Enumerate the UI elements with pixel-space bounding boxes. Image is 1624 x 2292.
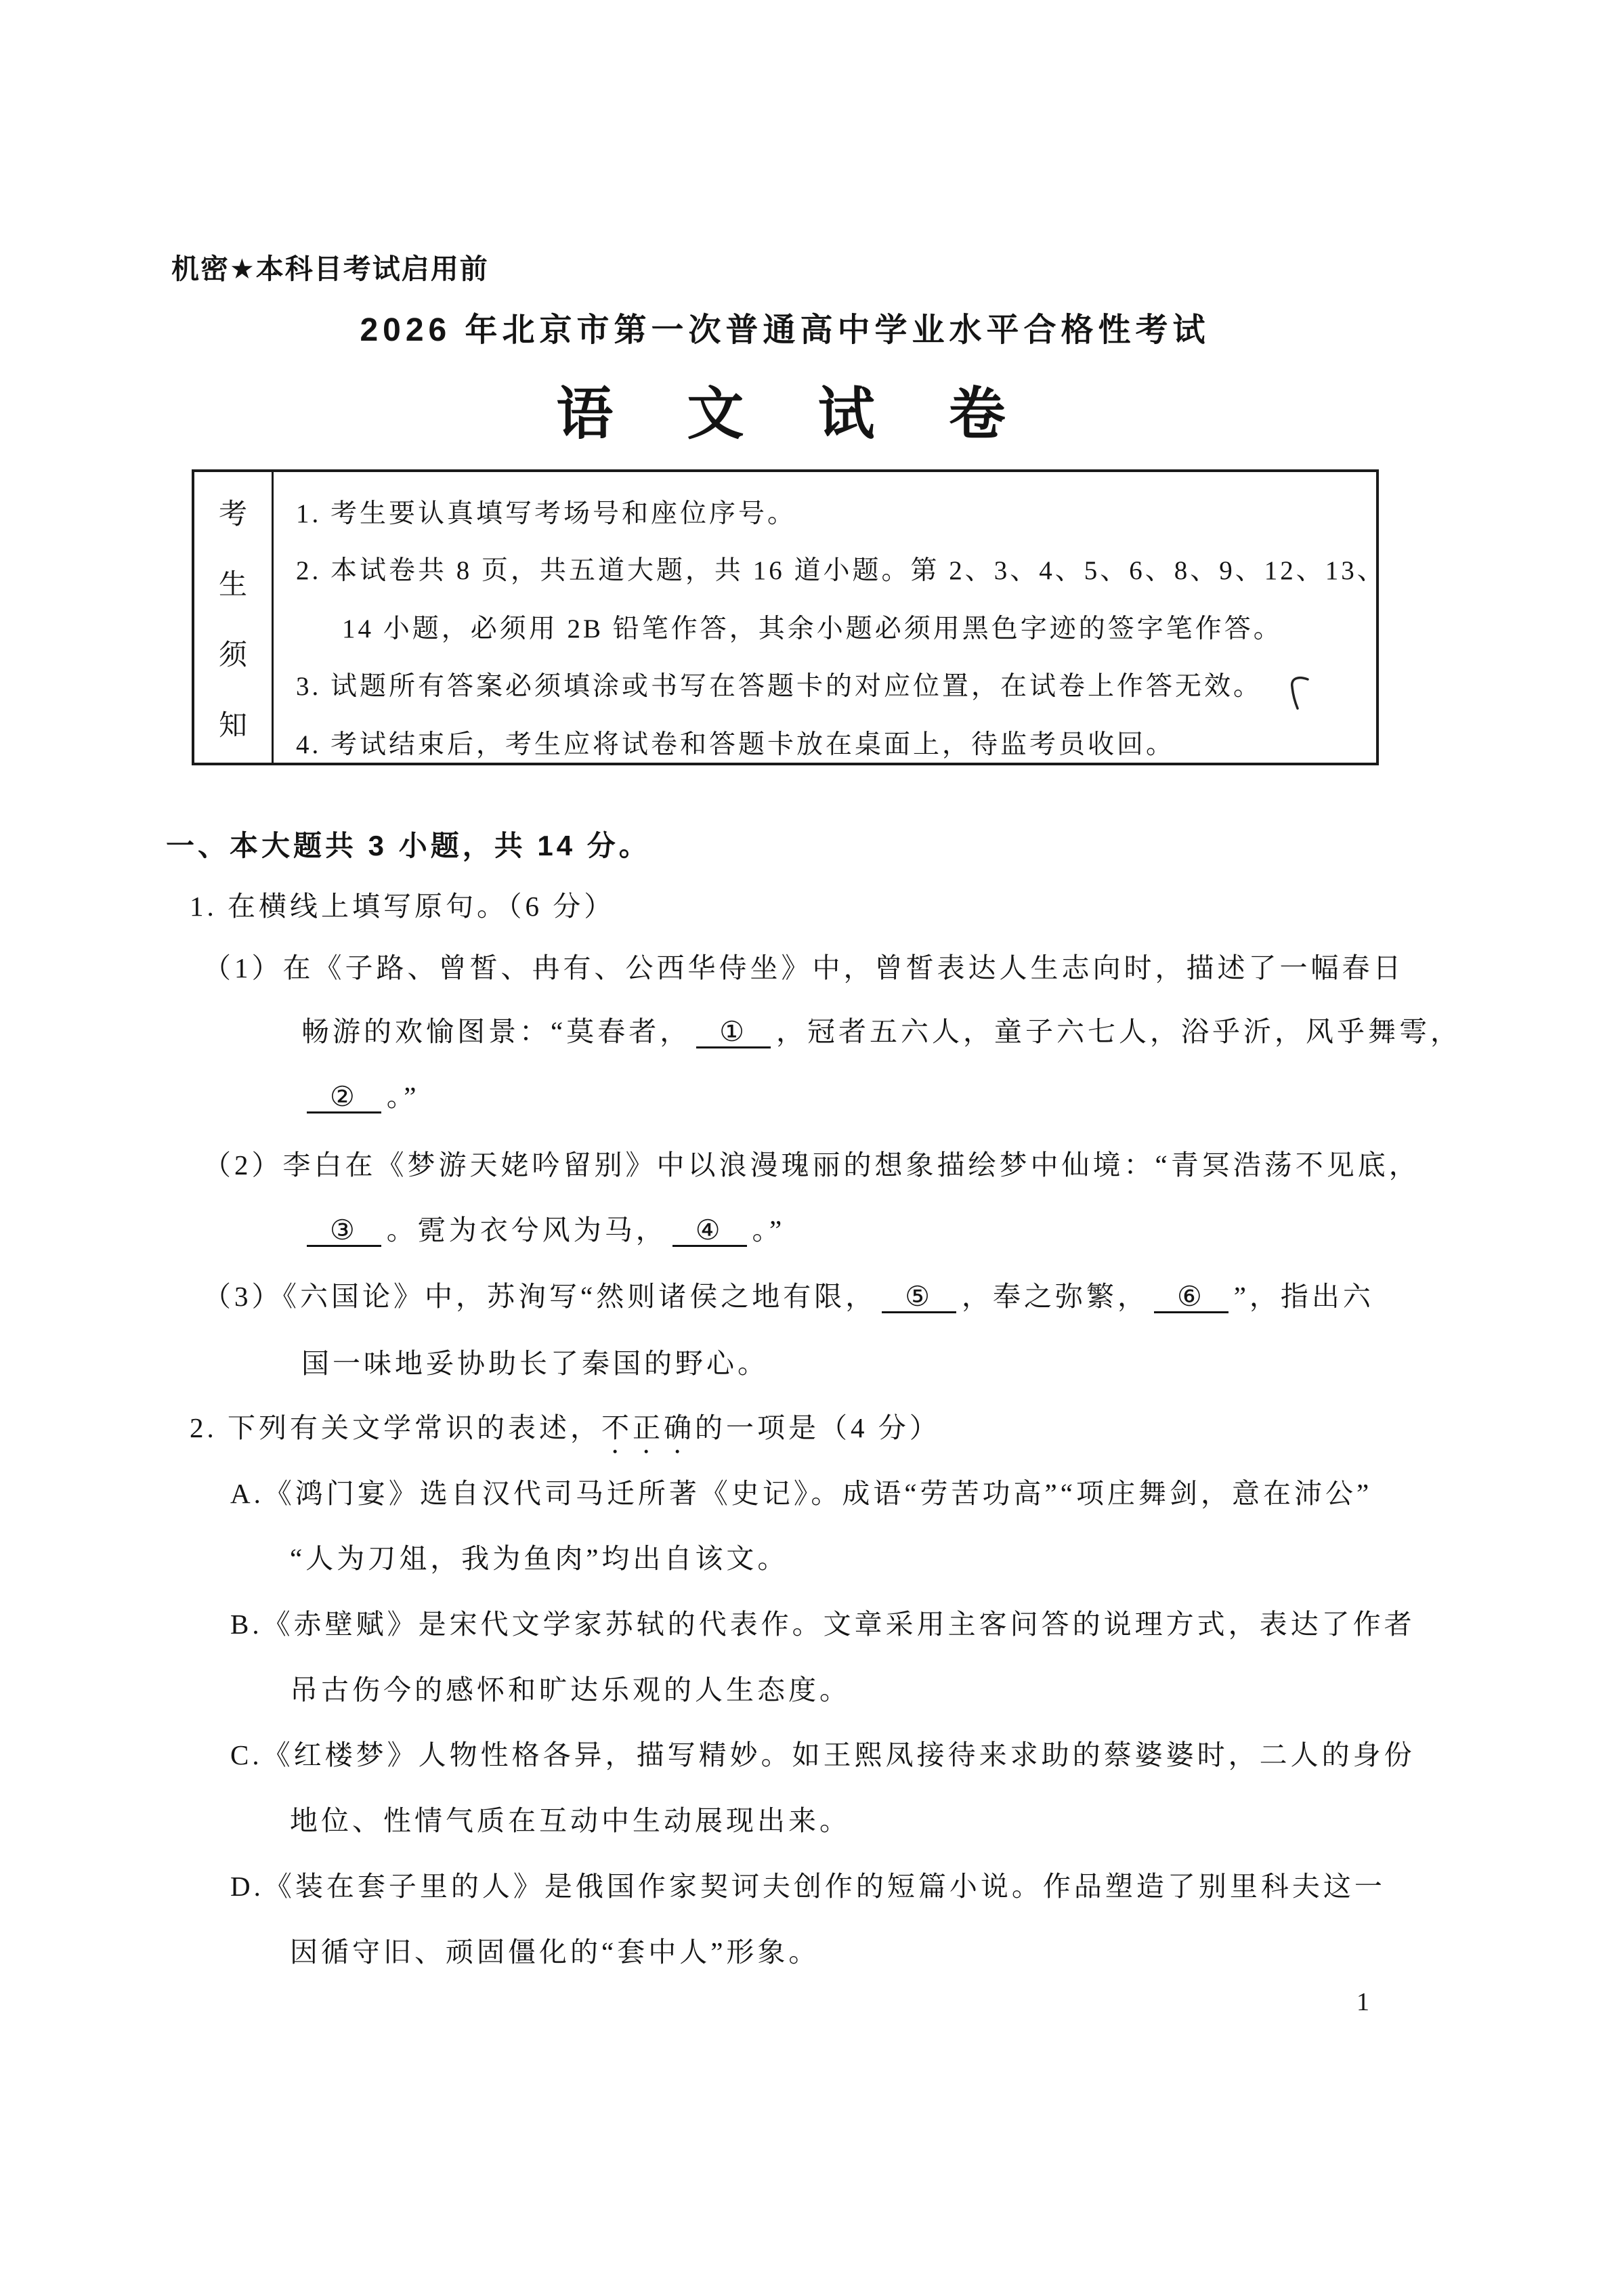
blank-underline-1: ① [696, 1017, 771, 1048]
circled-number-4: ④ [696, 1214, 724, 1246]
q1-part3-line2: 国一味地妥协助长了秦国的野心。 [301, 1346, 769, 1381]
notice-side-char: 生 [219, 562, 247, 603]
q2-stem-emphasis: 不正确 [601, 1412, 695, 1443]
circled-number-2: ② [330, 1081, 358, 1112]
blank-underline-5: ⑤ [882, 1282, 956, 1313]
q2-stem-post: 的一项是（4 分） [695, 1412, 941, 1443]
q1-part1-line3-post: 。” [387, 1081, 420, 1112]
q1-part1-line3: ②。” [301, 1080, 419, 1114]
paper-title-text: 语文试卷 [556, 383, 1080, 446]
option-d-label: D. [230, 1871, 264, 1902]
option-d-text-1: 《装在套子里的人》是俄国作家契诃夫创作的短篇小说。作品塑造了别里科夫这一 [264, 1871, 1386, 1902]
blank-underline-2: ② [307, 1082, 381, 1113]
circled-number-5: ⑤ [905, 1281, 933, 1312]
examinee-notice-box: 考 生 须 知 1. 考生要认真填写考场号和座位序号。 2. 本试卷共 8 页，… [192, 469, 1379, 765]
notice-item-3: 3. 试题所有答案必须填涂或书写在答题卡的对应位置，在试卷上作答无效。 [296, 665, 1262, 703]
notice-item-2-line-1: 2. 本试卷共 8 页，共五道大题，共 16 道小题。第 2、3、4、5、6、8… [296, 549, 1386, 587]
notice-side-char: 知 [219, 703, 247, 744]
option-c-text-1: 《红楼梦》人物性格各异，描写精妙。如王熙凤接待来求助的蔡婆婆时，二人的身份 [263, 1739, 1415, 1770]
section-one-heading: 一、本大题共 3 小题，共 14 分。 [166, 824, 651, 864]
blank-underline-3: ③ [307, 1216, 381, 1247]
q1-part3-line1: （3）《六国论》中，苏洵写“然则诸侯之地有限，⑤，奉之弥繁，⑥”，指出六 [203, 1279, 1374, 1314]
q2-stem-pre: 2. 下列有关文学常识的表述， [190, 1412, 601, 1443]
option-b-line-1: B.《赤壁赋》是宋代文学家苏轼的代表作。文章采用主客问答的说理方式，表达了作者 [230, 1607, 1415, 1642]
circled-number-1: ① [719, 1016, 748, 1047]
notice-item-4: 4. 考试结束后，考生应将试卷和答题卡放在桌面上，待监考员收回。 [296, 723, 1175, 761]
q1-part3-line1-post: ”，指出六 [1234, 1281, 1374, 1312]
option-c-label: C. [230, 1739, 263, 1770]
q1-part1-line1: （1）在《子路、曾皙、冉有、公西华侍坐》中，曾皙表达人生志向时，描述了一幅春日 [203, 951, 1405, 985]
option-c-line-2: 地位、性情气质在互动中生动展现出来。 [290, 1804, 851, 1838]
handwritten-mark [1285, 675, 1314, 711]
notice-item-2-line-2: 14 小题，必须用 2B 铅笔作答，其余小题必须用黑色字迹的签字笔作答。 [342, 608, 1283, 645]
q1-part2-line2: ③。霓为衣兮风为马，④。” [301, 1213, 785, 1248]
option-b-label: B. [230, 1609, 263, 1640]
notice-item-1: 1. 考生要认真填写考场号和座位序号。 [296, 492, 796, 530]
blank-underline-6: ⑥ [1154, 1282, 1228, 1313]
exam-title: 2026 年北京市第一次普通高中学业水平合格性考试 [0, 303, 1597, 350]
blank-underline-4: ④ [672, 1216, 747, 1247]
notice-side-char: 须 [219, 633, 247, 673]
q1-part1-line2: 畅游的欢愉图景：“莫春者，①，冠者五六人，童子六七人，浴乎沂，风乎舞雩， [301, 1015, 1461, 1049]
circled-number-3: ③ [330, 1214, 358, 1246]
option-d-line-2: 因循守旧、顽固僵化的“套中人”形象。 [290, 1935, 819, 1970]
notice-side-char: 考 [219, 492, 247, 532]
option-d-line-1: D.《装在套子里的人》是俄国作家契诃夫创作的短篇小说。作品塑造了别里科夫这一 [230, 1869, 1386, 1904]
classification-header: 机密★本科目考试启用前 [171, 247, 489, 286]
question-2-stem: 2. 下列有关文学常识的表述，不正确的一项是（4 分） [190, 1411, 941, 1460]
page-number: 1 [1356, 1987, 1369, 2017]
option-c-line-1: C.《红楼梦》人物性格各异，描写精妙。如王熙凤接待来求助的蔡婆婆时，二人的身份 [230, 1738, 1415, 1773]
q1-part3-line1-pre: （3）《六国论》中，苏洵写“然则诸侯之地有限， [203, 1281, 876, 1312]
circled-number-6: ⑥ [1177, 1281, 1205, 1312]
question-1-stem: 1. 在横线上填写原句。（6 分） [190, 889, 615, 924]
option-a-line-1: A.《鸿门宴》选自汉代司马迁所著《史记》。成语“劳苦功高”“项庄舞剑，意在沛公” [230, 1477, 1372, 1511]
exam-paper-page: { "document": { "classification_header":… [0, 0, 1624, 2292]
q1-part2-line2-mid: 。霓为衣兮风为马， [387, 1214, 667, 1246]
option-a-label: A. [230, 1478, 264, 1509]
q1-part2-line2-post: 。” [752, 1214, 786, 1246]
option-b-text-1: 《赤壁赋》是宋代文学家苏轼的代表作。文章采用主客问答的说理方式，表达了作者 [263, 1609, 1415, 1640]
option-a-line-2: “人为刀俎，我为鱼肉”均出自该文。 [290, 1542, 788, 1576]
q1-part3-line1-mid: ，奉之弥繁， [962, 1281, 1149, 1312]
notice-side-label: 考 生 须 知 [194, 472, 274, 763]
option-b-line-2: 吊古伤今的感怀和旷达乐观的人生态度。 [290, 1673, 851, 1707]
option-a-text-1: 《鸿门宴》选自汉代司马迁所著《史记》。成语“劳苦功高”“项庄舞剑，意在沛公” [264, 1478, 1372, 1509]
q1-part2-line1: （2）李白在《梦游天姥吟留别》中以浪漫瑰丽的想象描绘梦中仙境：“青冥浩荡不见底， [203, 1148, 1420, 1183]
q1-part1-line2-post: ，冠者五六人，童子六七人，浴乎沂，风乎舞雩， [776, 1016, 1461, 1047]
q1-part1-line2-pre: 畅游的欢愉图景：“莫春者， [301, 1016, 691, 1047]
paper-title: 语文试卷 [0, 368, 1593, 450]
